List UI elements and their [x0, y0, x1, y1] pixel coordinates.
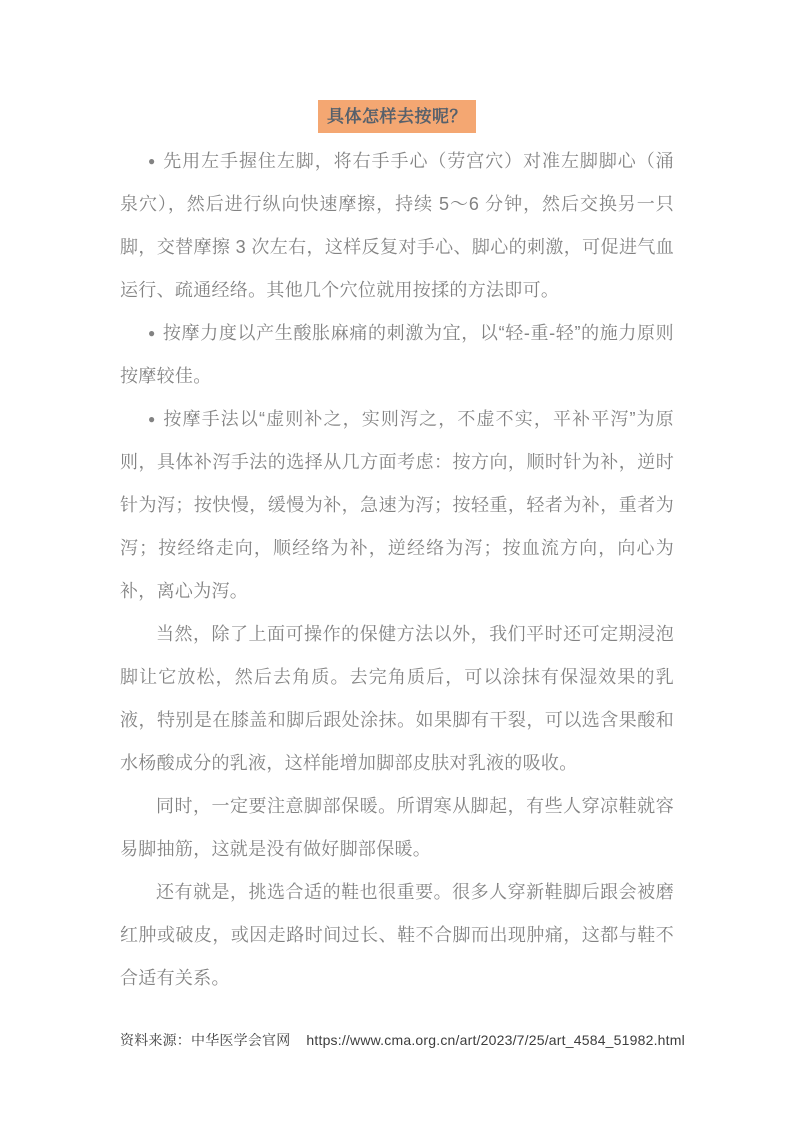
paragraph-4: 当然，除了上面可操作的保健方法以外，我们平时还可定期浸泡脚让它放松，然后去角质。…: [120, 613, 674, 785]
paragraph-text: 按摩力度以产生酸胀麻痛的刺激为宜，以“轻-重-轻”的施力原则按摩较佳。: [120, 323, 674, 386]
paragraph-5: 同时，一定要注意脚部保暖。所谓寒从脚起，有些人穿凉鞋就容易脚抽筋，这就是没有做好…: [120, 785, 674, 871]
paragraph-text: 同时，一定要注意脚部保暖。所谓寒从脚起，有些人穿凉鞋就容易脚抽筋，这就是没有做好…: [120, 796, 674, 859]
bullet-icon: ●: [148, 326, 156, 340]
paragraph-bullet-2: ●按摩力度以产生酸胀麻痛的刺激为宜，以“轻-重-轻”的施力原则按摩较佳。: [120, 312, 674, 398]
bullet-icon: ●: [148, 154, 156, 168]
bullet-icon: ●: [148, 412, 156, 426]
paragraph-bullet-3: ●按摩手法以“虚则补之，实则泻之，不虚不实，平补平泻”为原则，具体补泻手法的选择…: [120, 398, 674, 613]
section-heading: 具体怎样去按呢？: [318, 100, 476, 133]
source-label: 资料来源：中华医学会官网: [120, 1032, 290, 1048]
paragraph-text: 还有就是，挑选合适的鞋也很重要。很多人穿新鞋脚后跟会被磨红肿或破皮，或因走路时间…: [120, 882, 674, 988]
heading-row: 具体怎样去按呢？: [120, 100, 674, 133]
source-url: https://www.cma.org.cn/art/2023/7/25/art…: [306, 1032, 685, 1048]
paragraph-text: 当然，除了上面可操作的保健方法以外，我们平时还可定期浸泡脚让它放松，然后去角质。…: [120, 624, 674, 773]
document-body: ●先用左手握住左脚，将右手手心（劳宫穴）对准左脚脚心（涌泉穴），然后进行纵向快速…: [120, 140, 674, 1000]
paragraph-text: 按摩手法以“虚则补之，实则泻之，不虚不实，平补平泻”为原则，具体补泻手法的选择从…: [120, 409, 674, 601]
paragraph-6: 还有就是，挑选合适的鞋也很重要。很多人穿新鞋脚后跟会被磨红肿或破皮，或因走路时间…: [120, 871, 674, 1000]
source-line: 资料来源：中华医学会官网https://www.cma.org.cn/art/2…: [120, 1030, 674, 1050]
paragraph-text: 先用左手握住左脚，将右手手心（劳宫穴）对准左脚脚心（涌泉穴），然后进行纵向快速摩…: [120, 151, 674, 300]
document-page: 具体怎样去按呢？ ●先用左手握住左脚，将右手手心（劳宫穴）对准左脚脚心（涌泉穴）…: [0, 0, 793, 1122]
paragraph-bullet-1: ●先用左手握住左脚，将右手手心（劳宫穴）对准左脚脚心（涌泉穴），然后进行纵向快速…: [120, 140, 674, 312]
